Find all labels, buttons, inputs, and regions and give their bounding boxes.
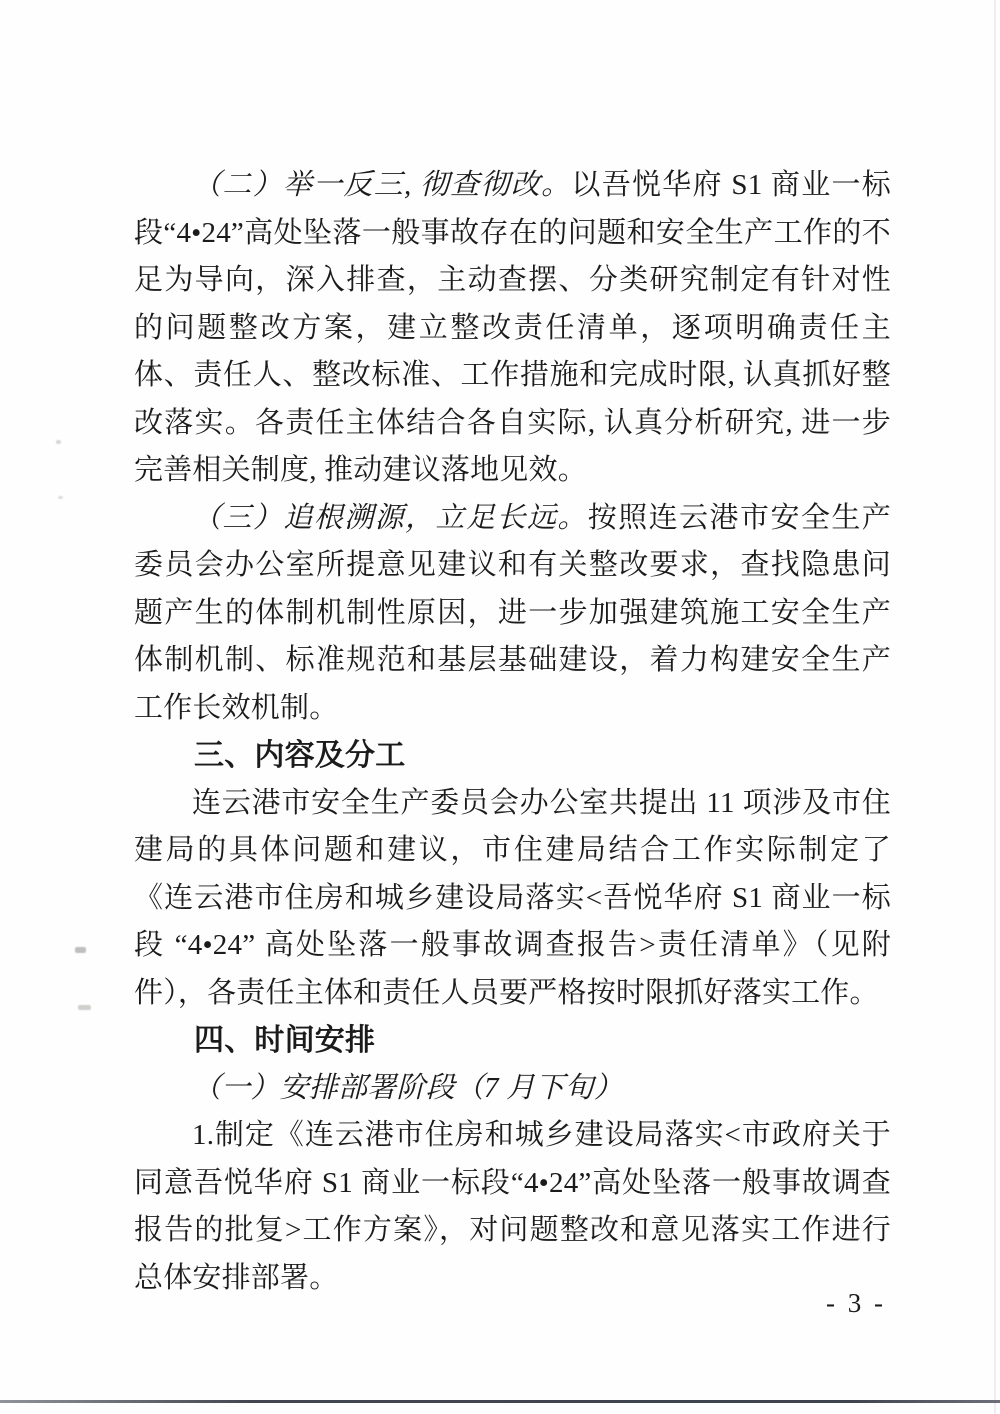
scan-edge-right-line — [994, 0, 996, 1414]
text-run: 1.制定《连云港市住房和城乡建设局落实<市政府关于同意吾悦华府 S1 商业一标段… — [134, 1119, 891, 1294]
page-number: - 3 - — [826, 1288, 886, 1319]
text-run: （一）安排部署阶段（7 月下旬） — [192, 1072, 623, 1104]
document-page: （二）举一反三, 彻查彻改。以吾悦华府 S1 商业一标段“4•24”高处坠落一般… — [0, 0, 1000, 1414]
stage-subheading: （一）安排部署阶段（7 月下旬） — [134, 1065, 891, 1113]
document-body: （二）举一反三, 彻查彻改。以吾悦华府 S1 商业一标段“4•24”高处坠落一般… — [134, 162, 891, 1302]
body-paragraph: 连云港市安全生产委员会办公室共提出 11 项涉及市住建局的具体问题和建议，市住建… — [134, 780, 891, 1018]
scan-speck — [56, 440, 61, 444]
text-run: 按照连云港市安全生产委员会办公室所提意见建议和有关整改要求，查找隐患问题产生的体… — [134, 502, 891, 724]
section-heading: 四、时间安排 — [134, 1017, 891, 1065]
scan-edge-bottom-line — [0, 1400, 1000, 1403]
section-heading: 三、内容及分工 — [134, 732, 891, 780]
body-paragraph: （三）追根溯源，立足长远。按照连云港市安全生产委员会办公室所提意见建议和有关整改… — [134, 495, 891, 733]
text-run: 连云港市安全生产委员会办公室共提出 11 项涉及市住建局的具体问题和建议，市住建… — [134, 787, 891, 1009]
body-paragraph: 1.制定《连云港市住房和城乡建设局落实<市政府关于同意吾悦华府 S1 商业一标段… — [134, 1112, 891, 1302]
scan-speck — [78, 1005, 91, 1010]
text-run: （二）举一反三, 彻查彻改。 — [192, 169, 571, 201]
scan-speck — [75, 947, 86, 953]
body-paragraph: （二）举一反三, 彻查彻改。以吾悦华府 S1 商业一标段“4•24”高处坠落一般… — [134, 162, 891, 495]
scan-speck — [58, 496, 63, 499]
text-run: 以吾悦华府 S1 商业一标段“4•24”高处坠落一般事故存在的问题和安全生产工作… — [134, 169, 891, 486]
text-run: （三）追根溯源，立足长远。 — [192, 502, 588, 534]
